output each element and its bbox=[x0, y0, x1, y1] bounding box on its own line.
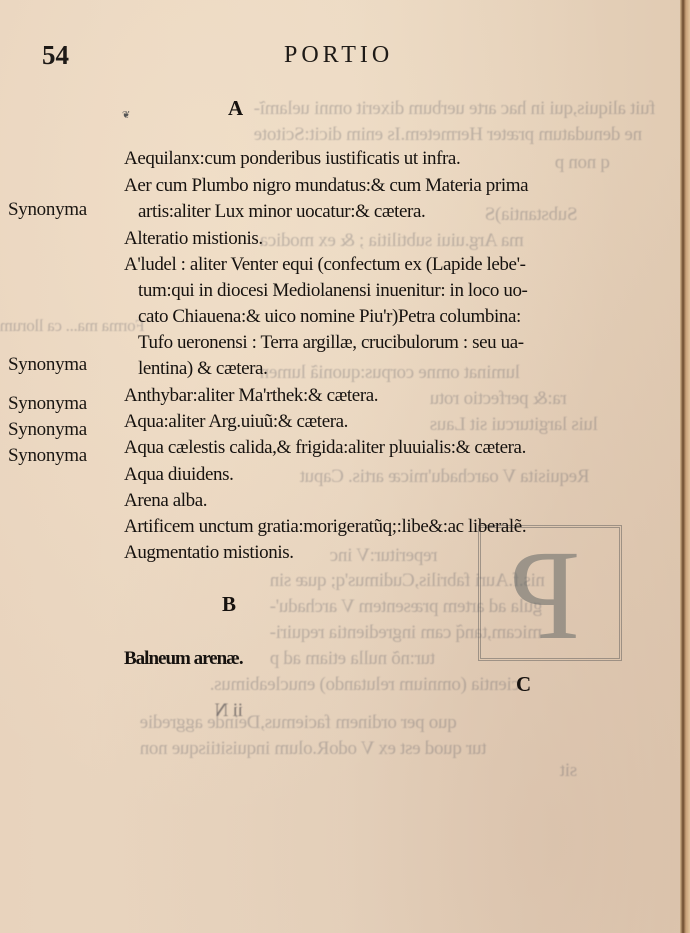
entry-line: Aer cum Plumbo nigro mundatus:& cum Mate… bbox=[124, 175, 528, 197]
entry-line: Balneum arenæ. bbox=[124, 648, 243, 670]
show-through-line: quo per ordinem faciemus,Deinde aggredie bbox=[140, 712, 457, 734]
entry-line: Arena alba. bbox=[124, 490, 207, 512]
show-through-line: q non p bbox=[555, 152, 610, 174]
margin-note-synonyma: Synonyma bbox=[8, 419, 87, 441]
show-through-line: fuit aliquis,qui in hac arte uerbum dixe… bbox=[254, 98, 656, 120]
show-through-initial-box: P bbox=[478, 525, 622, 661]
entry-line: cato Chiauena:& uico nomine Piu'r)Petra … bbox=[138, 306, 521, 328]
show-through-line: ra:& perfectio rotu bbox=[430, 388, 567, 410]
page-number: 54 bbox=[42, 40, 69, 71]
margin-note-synonyma: Synonyma bbox=[8, 393, 87, 415]
entry-line: Alteratio mistionis. bbox=[124, 228, 263, 250]
entry-line: Aqua diuidens. bbox=[124, 464, 233, 486]
margin-note-synonyma: Synonyma bbox=[8, 354, 87, 376]
section-letter-c: C bbox=[516, 672, 531, 697]
section-letter-b: B bbox=[222, 592, 236, 617]
running-head: PORTIO bbox=[284, 42, 393, 69]
show-through-line: sit bbox=[560, 760, 577, 782]
show-through-line: tur quod est ex V odoR.olum inquisitiisq… bbox=[140, 738, 487, 760]
entry-line: lentina) & cætera. bbox=[138, 358, 267, 380]
entry-line: Aequilanx:cum ponderibus iustificatis ut… bbox=[124, 148, 460, 170]
section-letter-a: A bbox=[228, 96, 243, 121]
show-through-line: Substantia)S bbox=[485, 204, 577, 226]
show-through-margin-note: Forma ma... ca llorum bbox=[0, 316, 145, 336]
show-through-line: luis largiturcui sit Laus bbox=[430, 414, 598, 436]
show-through-line: Requisita V oarchadu'micæ artis. Caput bbox=[300, 466, 589, 488]
entry-line: tum:qui in diocesi Mediolanensi inuenitu… bbox=[138, 280, 527, 302]
entry-line: Augmentatio mistionis. bbox=[124, 542, 294, 564]
show-through-initial-letter: P bbox=[509, 522, 580, 669]
entry-line: artis:aliter Lux minor uocatur:& cætera. bbox=[138, 201, 425, 223]
ornament-icon: ❦ bbox=[122, 110, 130, 121]
entry-line: Aqua:aliter Arg.uiuũ:& cætera. bbox=[124, 411, 348, 433]
show-through-line: ma Arg.uiui subtilitia ; & ex modica bbox=[260, 230, 524, 252]
entry-line: A'ludel : aliter Venter equi (confectum … bbox=[124, 254, 526, 276]
book-page: fuit aliquis,qui in hac arte uerbum dixe… bbox=[0, 0, 690, 933]
page-edge bbox=[680, 0, 690, 933]
show-through-line: luminat omne corpus:quoniã lumen bbox=[260, 362, 520, 384]
show-through-line: cientia (omnium relutando) enucleabimus. bbox=[210, 674, 520, 696]
show-through-line: ne denudatum præter Hermetem.Is enim dic… bbox=[254, 124, 642, 146]
margin-note-synonyma: Synonyma bbox=[8, 199, 87, 221]
show-through-line: tur:nõ nulla etiam ad p bbox=[270, 648, 435, 670]
entry-line: Artificem unctum gratia:morigeratũq;:lib… bbox=[124, 516, 526, 538]
show-through-line: reperitur:V inc bbox=[330, 545, 438, 567]
margin-note-synonyma: Synonyma bbox=[8, 445, 87, 467]
entry-line: Tufo ueronensi : Terra argillæ, crucibul… bbox=[138, 332, 524, 354]
entry-line: Anthybar:aliter Ma'rthek:& cætera. bbox=[124, 385, 378, 407]
entry-line: Aqua cælestis calida,& frigida:aliter pl… bbox=[124, 437, 526, 459]
